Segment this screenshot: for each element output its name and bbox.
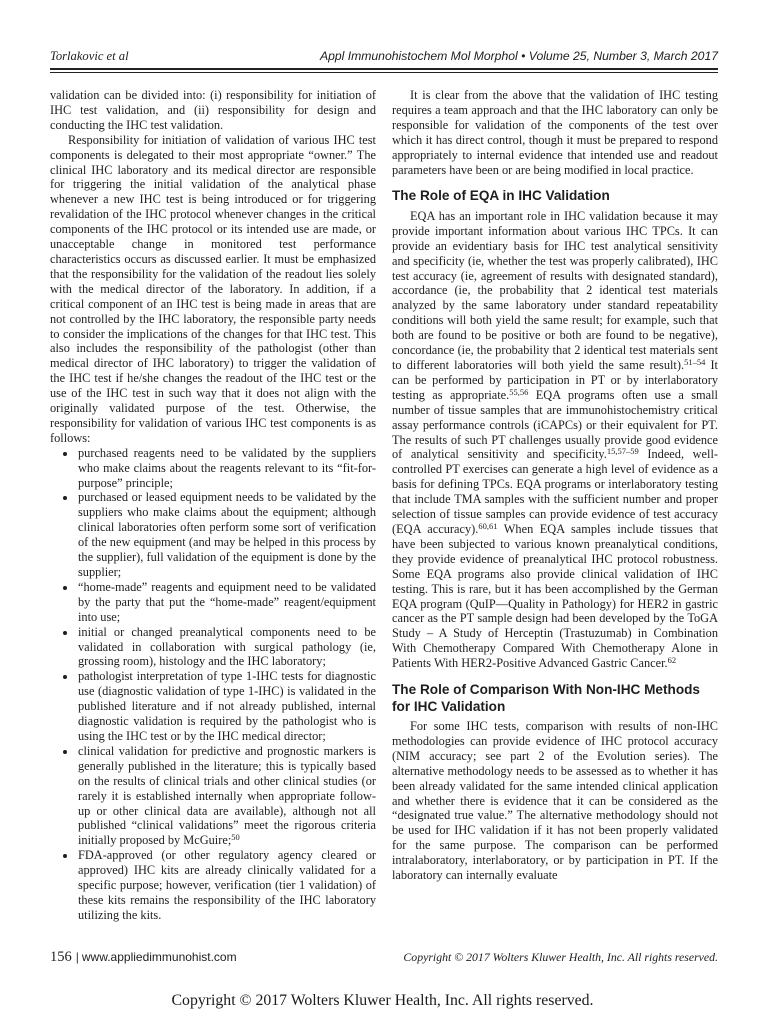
paragraph-comparison: For some IHC tests, comparison with resu… [392, 719, 718, 883]
page-number: 156 [50, 949, 72, 965]
page-footer: 156|www.appliedimmunohist.com Copyright … [50, 948, 718, 966]
copyright-notice: Copyright © 2017 Wolters Kluwer Health, … [403, 950, 718, 965]
list-item-purchased-reagents: purchased reagents need to be validated … [77, 446, 376, 491]
section-heading-comparison: The Role of Comparison With Non-IHC Meth… [392, 682, 718, 715]
page-header: Torlakovic et al Appl Immunohistochem Mo… [50, 49, 718, 73]
paragraph-responsibility: Responsibility for initiation of validat… [50, 133, 376, 446]
responsibility-bullet-list: purchased reagents need to be validated … [50, 446, 376, 923]
footer-left: 156|www.appliedimmunohist.com [50, 948, 237, 966]
footer-separator: | [72, 950, 82, 964]
paragraph-eqa: EQA has an important role in IHC validat… [392, 209, 718, 671]
bottom-copyright: Copyright © 2017 Wolters Kluwer Health, … [0, 992, 765, 1010]
running-head-journal: Appl Immunohistochem Mol Morphol • Volum… [320, 49, 718, 63]
running-heads: Torlakovic et al Appl Immunohistochem Mo… [50, 49, 718, 68]
header-rule-thin [50, 72, 718, 73]
journal-url: www.appliedimmunohist.com [82, 950, 237, 964]
list-item-pathologist-interpretation: pathologist interpretation of type 1-IHC… [77, 669, 376, 744]
running-head-author: Torlakovic et al [50, 49, 129, 64]
list-item-clinical-validation: clinical validation for predictive and p… [77, 744, 376, 848]
list-item-home-made: “home-made” reagents and equipment need … [77, 580, 376, 625]
list-item-fda-approved: FDA-approved (or other regulatory agency… [77, 848, 376, 923]
header-rule-thick [50, 68, 718, 70]
section-heading-eqa: The Role of EQA in IHC Validation [392, 188, 718, 205]
list-item-purchased-equipment: purchased or leased equipment needs to b… [77, 490, 376, 579]
right-column: It is clear from the above that the vali… [392, 88, 718, 923]
list-item-preanalytical: initial or changed preanalytical compone… [77, 625, 376, 670]
paragraph-validation-split: validation can be divided into: (i) resp… [50, 88, 376, 133]
paragraph-team-approach: It is clear from the above that the vali… [392, 88, 718, 177]
article-body: validation can be divided into: (i) resp… [50, 88, 718, 923]
journal-page: Torlakovic et al Appl Immunohistochem Mo… [0, 0, 765, 1024]
left-column: validation can be divided into: (i) resp… [50, 88, 376, 923]
